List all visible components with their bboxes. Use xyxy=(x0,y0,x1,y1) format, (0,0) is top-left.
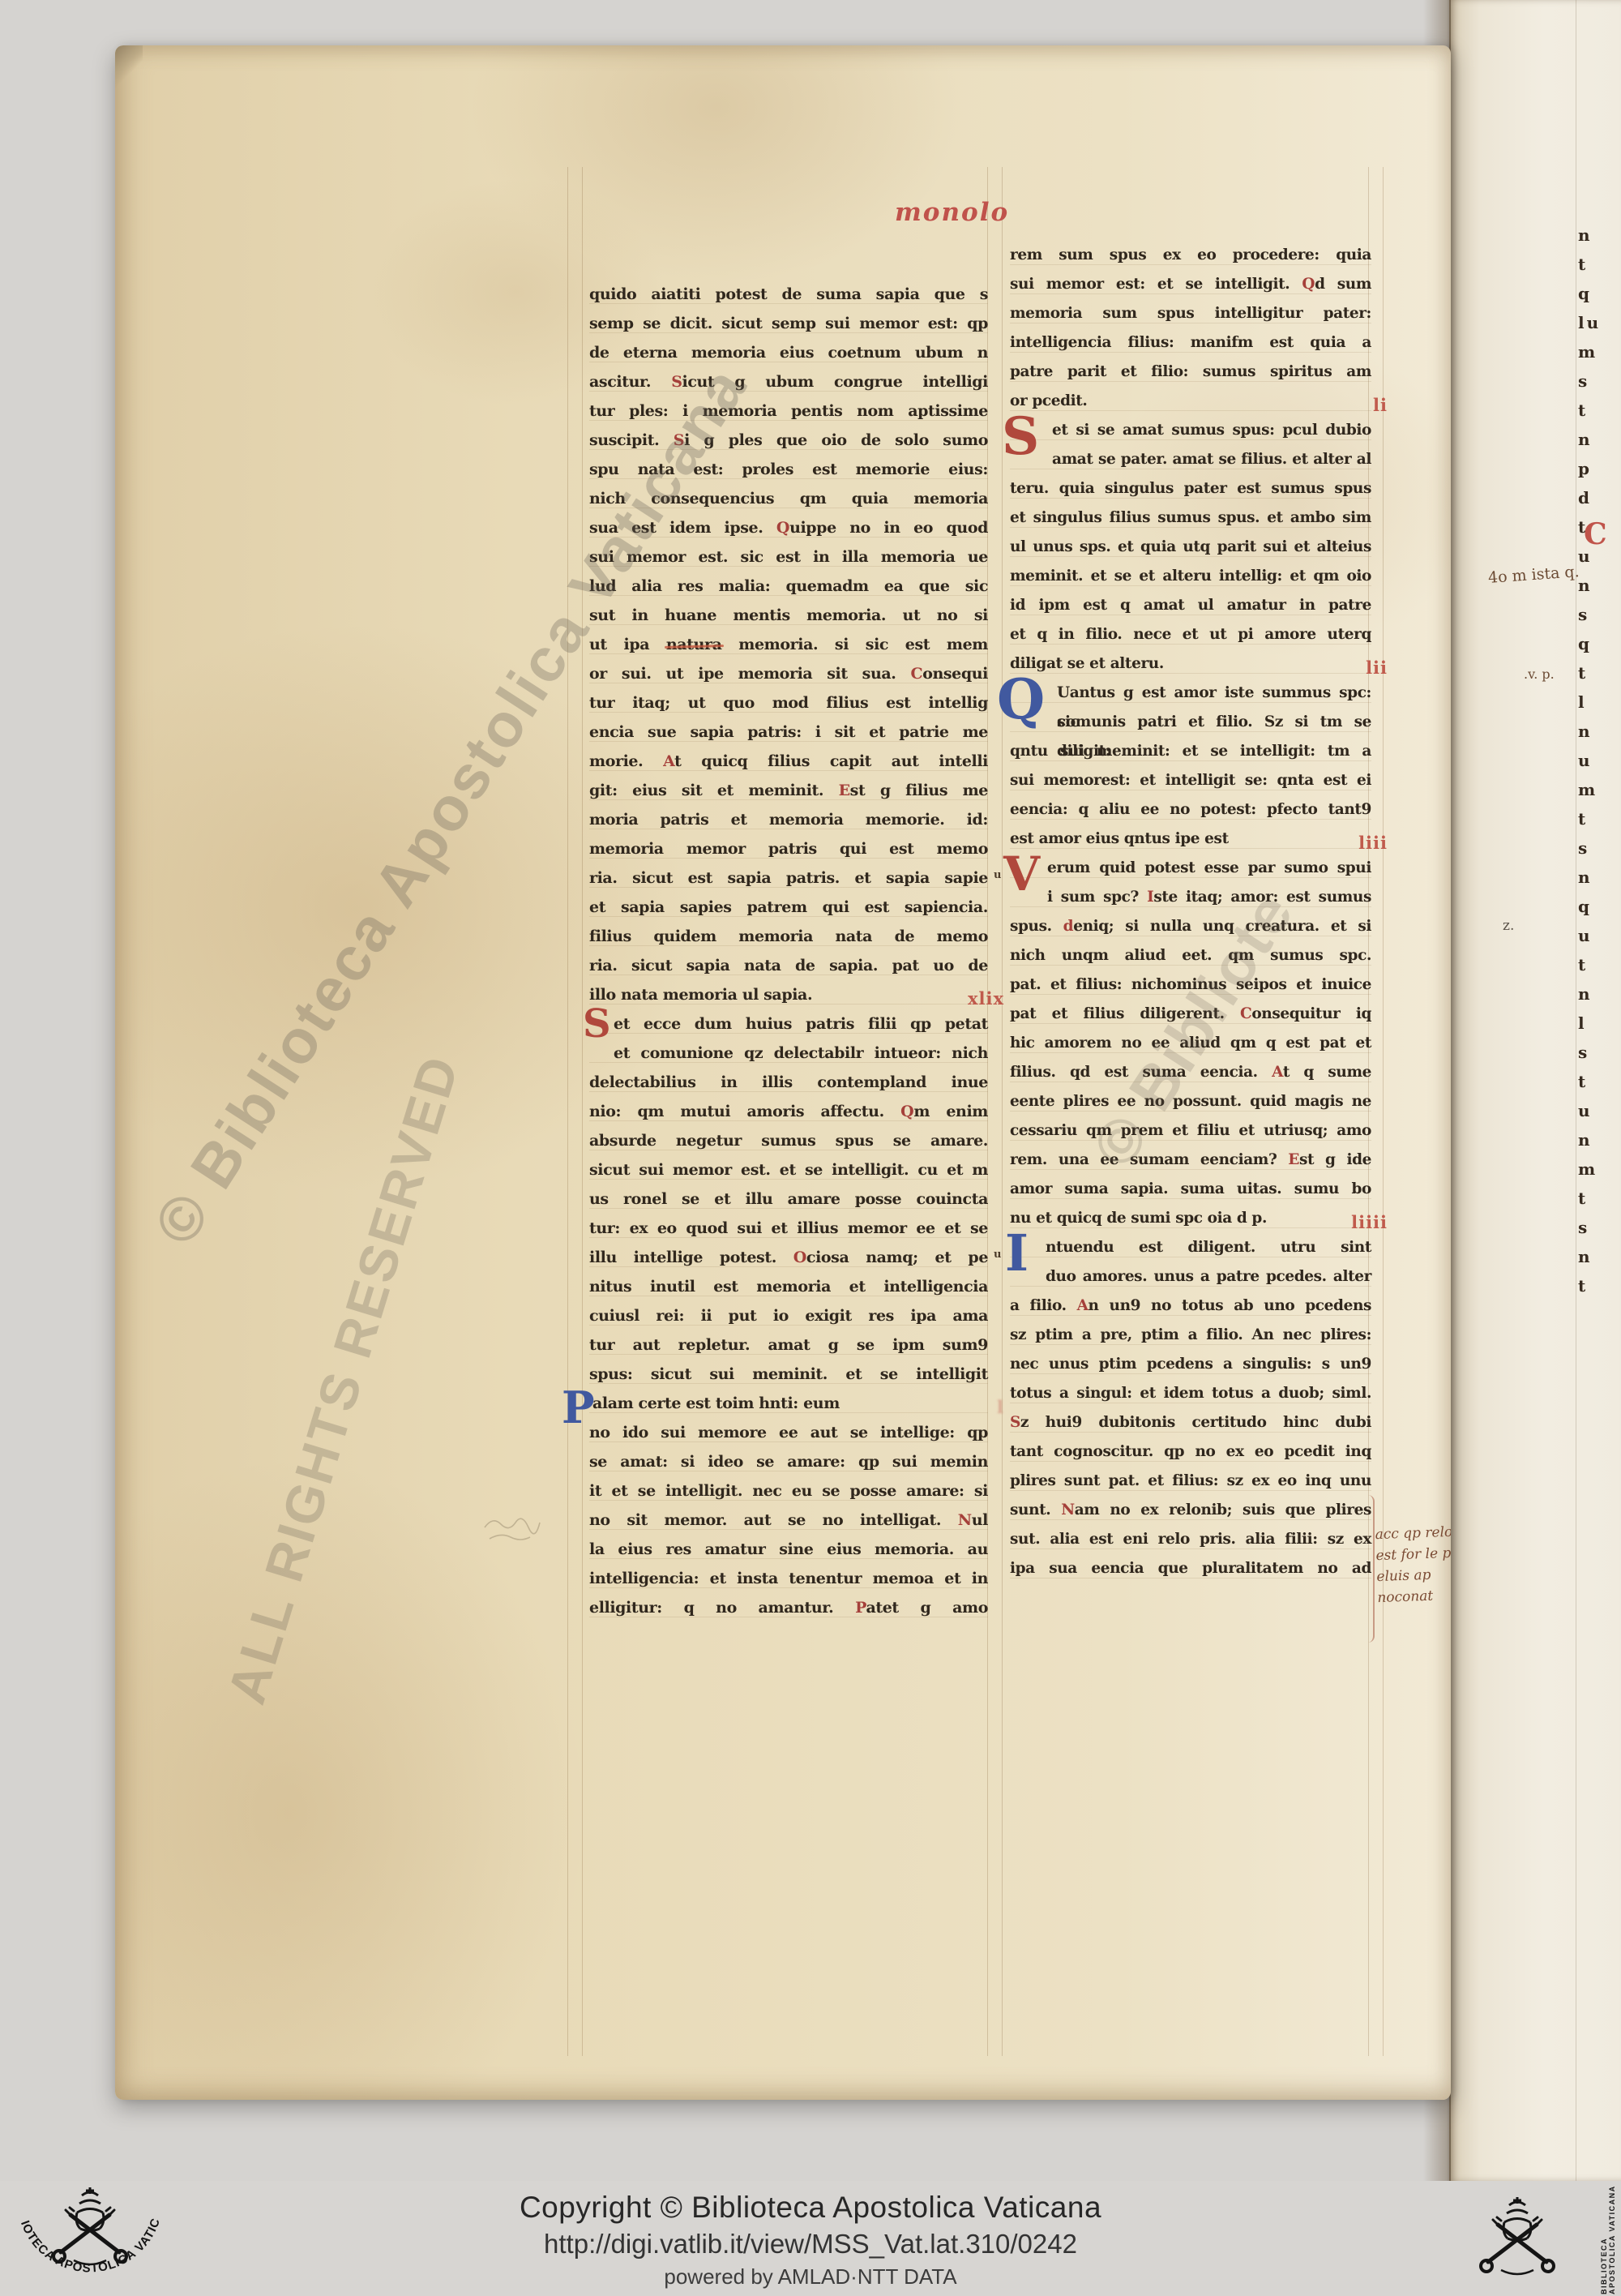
manuscript-line: nich unqm aliud eet. qm sumus spc. xyxy=(1010,941,1371,970)
rubricated-letter: d xyxy=(1063,918,1074,935)
manuscript-line: cessariu qm prem et filiu et utriusq; am… xyxy=(1010,1116,1371,1146)
manuscript-line: patre parit et filio: sumus spiritus am xyxy=(1010,358,1371,387)
rubricated-letter: N xyxy=(958,1511,972,1529)
manuscript-line: filius quidem memoria nata de memo xyxy=(589,922,988,951)
vatican-keys-icon: BIBLIOTECA APOSTOLICA VATICANA xyxy=(5,2182,175,2294)
manuscript-line: nitus inutil est memoria et intelligenci… xyxy=(589,1272,988,1301)
manuscript-line: nio: qm mutui amoris affectu. Qm enim xyxy=(589,1097,988,1126)
vatican-emblem-right: BIBLIOTECA APOSTOLICA VATICANA xyxy=(1448,2182,1618,2294)
edge-text-fragment: n xyxy=(1578,221,1621,250)
manuscript-line: ascitur. Sicut g ubum congrue intelligi xyxy=(589,367,988,396)
rubricated-letter: O xyxy=(793,1249,806,1266)
rubricated-letter: S xyxy=(1010,1414,1020,1431)
next-folio-red-initial: C xyxy=(1584,517,1607,551)
manuscript-line: ut ipa natura memoria. si sic est mem xyxy=(589,630,988,659)
manuscript-line: duo amores. unus a patre pcedes. alter xyxy=(1010,1262,1371,1291)
chapter-numeral: li xyxy=(1373,391,1388,420)
edge-text-fragment: q xyxy=(1578,629,1621,658)
edge-text-fragment: n xyxy=(1578,425,1621,454)
manuscript-line: amor suma sapia. suma uitas. sumu bo xyxy=(1010,1175,1371,1204)
footer-copyright: Copyright © Biblioteca Apostolica Vatica… xyxy=(324,2191,1297,2225)
corner-damage xyxy=(115,45,143,88)
edge-text-fragment: l xyxy=(1578,1009,1621,1038)
manuscript-line: memoria memor patris qui est memo xyxy=(589,834,988,863)
edge-text-fragment: s xyxy=(1578,1213,1621,1242)
manuscript-line: delectabilius in illis contempland inue xyxy=(589,1068,988,1097)
manuscript-line: diligat se et alteru.lii xyxy=(1010,649,1371,679)
rubricated-letter: Q xyxy=(1302,276,1315,293)
edge-text-fragment: n xyxy=(1578,717,1621,746)
illuminated-initial: S xyxy=(583,1004,610,1043)
edge-text-fragment: lu xyxy=(1578,308,1621,337)
manuscript-line: alam certe est toim hnti: eumPl xyxy=(589,1389,988,1418)
vatican-emblem-vertical-label: BIBLIOTECA APOSTOLICA VATICANA xyxy=(1600,2184,1616,2294)
manuscript-line: tant cognoscitur. qp no ex eo pcedit inq xyxy=(1010,1437,1371,1467)
chapter-numeral: l xyxy=(997,1393,1004,1422)
manuscript-line: de eterna memoria eius coetnum ubum n xyxy=(589,338,988,367)
note-line: est for le p xyxy=(1375,1542,1451,1566)
rubricated-letter: E xyxy=(1288,1151,1299,1168)
edge-text-fragment: m xyxy=(1578,775,1621,804)
manuscript-line: ul unus sps. et quia utq parit sui et al… xyxy=(1010,533,1371,562)
manuscript-line: erum quid potest esse par sumo spuiVu xyxy=(1010,854,1371,883)
manuscript-line: est amor eius qntus ipe estliii xyxy=(1010,825,1371,854)
edge-text-fragment: s xyxy=(1578,366,1621,396)
edge-text-fragment: t xyxy=(1578,250,1621,279)
manuscript-line: encia sue sapia patris: i sit et patrie … xyxy=(589,717,988,747)
manuscript-line: ipa sua eencia que pluralitatem no ad xyxy=(1010,1554,1371,1583)
manuscript-line: comunis patri et filio. Sz si tm se dili… xyxy=(1010,708,1371,737)
edge-text-fragment: s xyxy=(1578,600,1621,629)
rubricated-letter: Q xyxy=(776,519,789,537)
rubricated-letter: E xyxy=(839,782,850,799)
vatican-keys-icon xyxy=(1452,2182,1582,2294)
edge-text-fragment: u xyxy=(1578,746,1621,775)
manuscript-line: us ronel se et illu amare posse couincta xyxy=(589,1184,988,1214)
manuscript-line: nec unus ptim pcedens a singulis: s un9 xyxy=(1010,1350,1371,1379)
edge-text-fragment: d xyxy=(1578,483,1621,512)
edge-text-fragment: q xyxy=(1578,279,1621,308)
faint-scribble xyxy=(481,1503,558,1548)
next-folio-cut-text: ntqlumstnpdtunsqtlnumtsnqutnlstunmtsnt xyxy=(1580,221,1621,1307)
tie-mark: u xyxy=(994,861,1001,890)
rubricated-letter: A xyxy=(1272,1064,1283,1081)
edge-text-fragment: t xyxy=(1578,950,1621,979)
manuscript-line: or pcedit.li xyxy=(1010,387,1371,416)
manuscript-line: nu et quicq de sumi spc oia d p.liiii xyxy=(1010,1204,1371,1233)
edge-text-fragment: u xyxy=(1578,921,1621,950)
manuscript-line: sui memorest: et intelligit se: qnta est… xyxy=(1010,766,1371,795)
rubricated-letter: N xyxy=(1061,1501,1075,1519)
footer-bar: Copyright © Biblioteca Apostolica Vatica… xyxy=(0,2181,1621,2296)
manuscript-line: semp se dicit. sicut semp sui memor est:… xyxy=(589,309,988,338)
manuscript-line: tur: ex eo quod sui et illius memor ee e… xyxy=(589,1214,988,1243)
edge-text-fragment: n xyxy=(1578,1125,1621,1154)
manuscript-line: se amat: si ideo se amare: qp sui memin xyxy=(589,1447,988,1476)
manuscript-line: sui memor est: et se intelligit. Qd sum xyxy=(1010,270,1371,299)
note-line: acc qp relo xyxy=(1375,1521,1451,1545)
edge-text-fragment: t xyxy=(1578,1067,1621,1096)
manuscript-line: rem. una ee sumam eenciam? Est g ide xyxy=(1010,1146,1371,1175)
manuscript-line: plires sunt pat. et filius: sz ex eo inq… xyxy=(1010,1467,1371,1496)
edge-text-fragment: n xyxy=(1578,979,1621,1009)
manuscript-line: illo nata memoria ul sapia.xlix xyxy=(589,980,988,1009)
marginal-note-recto-small: .v. p. xyxy=(1524,666,1555,682)
note-line: noconat xyxy=(1377,1584,1451,1608)
manuscript-line: sut. alia est eni relo pris. alia filii:… xyxy=(1010,1525,1371,1554)
manuscript-line: sz ptim a pre, ptim a filio. An nec plir… xyxy=(1010,1321,1371,1350)
manuscript-line: no sit memor. aut se no intelligat. Nul xyxy=(589,1506,988,1535)
manuscript-line: sut in huane mentis memoria. ut no si xyxy=(589,601,988,630)
text-column-right: rem sum spus ex eo procedere: quiasui me… xyxy=(1010,241,1371,1583)
edge-text-fragment: m xyxy=(1578,337,1621,366)
rubricated-letter: A xyxy=(663,752,674,770)
edge-text-fragment: t xyxy=(1578,804,1621,833)
manuscript-line: moria patris et memoria memorie. id: xyxy=(589,805,988,834)
edge-text-fragment: p xyxy=(1578,454,1621,483)
footer-powered-by: powered by AMLAD·NTT DATA xyxy=(324,2264,1297,2290)
manuscript-line: cuiusl rei: ii put io exigit res ipa ama xyxy=(589,1301,988,1330)
manuscript-line: elligitur: q no amantur. Patet g amo xyxy=(589,1593,988,1622)
manuscript-scan-page: ntqlumstnpdtunsqtlnumtsnqutnlstunmtsnt C… xyxy=(0,0,1621,2296)
manuscript-line: et sapia sapies patrem qui est sapiencia… xyxy=(589,893,988,922)
edge-text-fragment: m xyxy=(1578,1154,1621,1184)
rubricated-letter: A xyxy=(1077,1297,1089,1314)
manuscript-line: lud alia res malia: quemadm ea que sic xyxy=(589,572,988,601)
rubricated-letter: C xyxy=(910,665,922,683)
manuscript-line: et singulus filius sumus spus. et ambo s… xyxy=(1010,503,1371,533)
rubricated-letter: I xyxy=(1147,889,1153,906)
manuscript-line: memoria sum spus intelligitur pater: xyxy=(1010,299,1371,328)
manuscript-line: tur ples: i memoria pentis nom aptissime xyxy=(589,396,988,426)
manuscript-line: intelligencia filius: manifm est quia a xyxy=(1010,328,1371,358)
edge-text-fragment: n xyxy=(1578,863,1621,892)
manuscript-line: morie. At quicq filius capit aut intelli xyxy=(589,747,988,776)
manuscript-line: ria. sicut est sapia patris. et sapia sa… xyxy=(589,863,988,893)
manuscript-line: et comunione qz delectabilr intueor: nic… xyxy=(589,1039,988,1068)
vatican-emblem-left: BIBLIOTECA APOSTOLICA VATICANA xyxy=(5,2182,175,2294)
manuscript-line: quido aiatiti potest de suma sapia que s xyxy=(589,280,988,309)
edge-text-fragment: t xyxy=(1578,396,1621,425)
note-line: eluis ap xyxy=(1376,1563,1451,1587)
manuscript-line: et ecce dum huius patris filii qp petatS xyxy=(589,1009,988,1039)
manuscript-line: no ido sui memore ee aut se intellige: q… xyxy=(589,1418,988,1447)
edge-text-fragment: l xyxy=(1578,688,1621,717)
parchment-leaf: monolo quido aiatiti potest de suma sapi… xyxy=(115,45,1451,2100)
manuscript-line: id ipm est q amat ul amatur in patre xyxy=(1010,591,1371,620)
manuscript-line: illu intellige potest. Ociosa namq; et p… xyxy=(589,1243,988,1272)
manuscript-line: et si se amat sumus spus: pcul dubioS xyxy=(1010,416,1371,445)
edge-text-fragment: t xyxy=(1578,658,1621,688)
manuscript-line: absurde negetur sumus spus se amare. xyxy=(589,1126,988,1155)
marginal-cursive-note: acc qp relo est for le p eluis ap nocona… xyxy=(1375,1521,1451,1608)
manuscript-line: totus a singul: et idem totus a duob; si… xyxy=(1010,1379,1371,1408)
edge-text-fragment: t xyxy=(1578,1184,1621,1213)
edge-text-fragment: t xyxy=(1578,1271,1621,1300)
manuscript-line: sunt. Nam no ex relonib; suis que plires xyxy=(1010,1496,1371,1525)
ruling-line xyxy=(1383,167,1384,2056)
manuscript-line: Sz hui9 dubitonis certitudo hinc dubi xyxy=(1010,1408,1371,1437)
manuscript-line: la eius res amatur sine eius memoria. au xyxy=(589,1535,988,1564)
footer-url: http://digi.vatlib.it/view/MSS_Vat.lat.3… xyxy=(324,2229,1297,2260)
manuscript-line: qntu sui meminit: et se intelligit: tm a xyxy=(1010,737,1371,766)
edge-text-fragment: n xyxy=(1578,571,1621,600)
manuscript-line: meminit. et se et alteru intellig: et qm… xyxy=(1010,562,1371,591)
manuscript-line: intelligencia: et insta tenentur memoa e… xyxy=(589,1564,988,1593)
edge-text-fragment: s xyxy=(1578,833,1621,863)
ruling-line xyxy=(567,167,568,2056)
manuscript-line: i sum spc? Iste itaq; amor: est sumus xyxy=(1010,883,1371,912)
manuscript-line: Uantus g est amor iste summus spc: sicQ xyxy=(1010,679,1371,708)
tie-mark: u xyxy=(994,1240,1001,1270)
manuscript-line: or sui. ut ipe memoria sit sua. Consequi xyxy=(589,659,988,688)
edge-text-fragment: u xyxy=(1578,1096,1621,1125)
manuscript-line: it et se intelligit. nec eu se posse ama… xyxy=(589,1476,988,1506)
ruling-line xyxy=(582,167,583,2056)
manuscript-line: tur itaq; ut quo mod filius est intellig xyxy=(589,688,988,717)
marginal-mark: z. xyxy=(1503,918,1514,934)
rubricated-letter: P xyxy=(855,1599,866,1617)
manuscript-line: tur aut repletur. amat g se ipm sum9 xyxy=(589,1330,988,1360)
manuscript-line: eencia: q aliu ee no potest: pfecto tant… xyxy=(1010,795,1371,825)
manuscript-line: a filio. An un9 no totus ab uno pcedens xyxy=(1010,1291,1371,1321)
manuscript-line: spus. deniq; si nulla unq creatura. et s… xyxy=(1010,912,1371,941)
manuscript-line: et q in filio. nece et ut pi amore uterq xyxy=(1010,620,1371,649)
edge-text-fragment: q xyxy=(1578,892,1621,921)
manuscript-line: ntuendu est diligent. utru sintIu xyxy=(1010,1233,1371,1262)
footer-text-block: Copyright © Biblioteca Apostolica Vatica… xyxy=(324,2181,1297,2290)
manuscript-line: ria. sicut sapia nata de sapia. pat uo d… xyxy=(589,951,988,980)
edge-text-fragment: n xyxy=(1578,1242,1621,1271)
manuscript-line: spus: sicut sui meminit. et se intelligi… xyxy=(589,1360,988,1389)
manuscript-line: teru. quia singulus pater est sumus spus xyxy=(1010,474,1371,503)
manuscript-line: git: eius sit et meminit. Est g filius m… xyxy=(589,776,988,805)
margin-bracket xyxy=(1363,1495,1375,1643)
manuscript-line: sicut sui memor est. et se intelligit. c… xyxy=(589,1155,988,1184)
manuscript-line: rem sum spus ex eo procedere: quia xyxy=(1010,241,1371,270)
running-title-rubric: monolo xyxy=(895,198,1009,227)
expunged-word: natura xyxy=(666,636,722,653)
edge-text-fragment: s xyxy=(1578,1038,1621,1067)
manuscript-line: amat se pater. amat se filius. et alter … xyxy=(1010,445,1371,474)
rubricated-letter: Q xyxy=(900,1103,913,1120)
